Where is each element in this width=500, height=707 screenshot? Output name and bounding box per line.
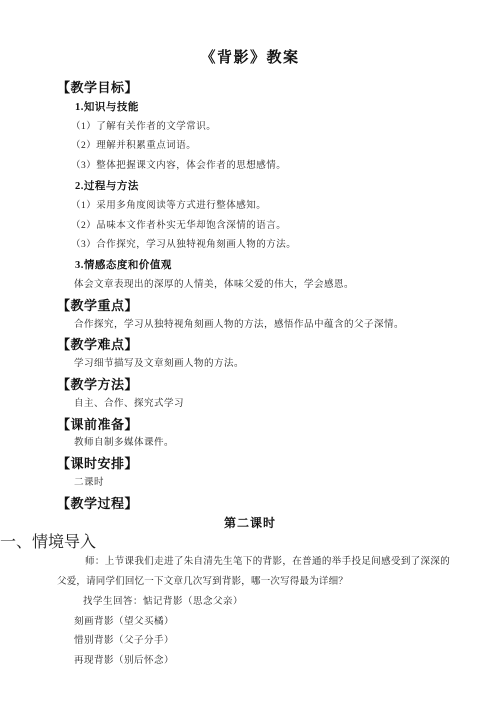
section-heading-methods: 【教学方法】 [0, 375, 500, 395]
lesson-period-title: 第二课时 [0, 514, 500, 534]
list-item: （2）品味本文作者朴实无华却饱含深情的语言。 [0, 217, 500, 237]
document-body: 【教学目标】 1.知识与技能 （1）了解有关作者的文学常识。 （2）理解并积累重… [0, 78, 500, 672]
section-heading-difficulties: 【教学难点】 [0, 335, 500, 355]
lesson-plan-document: 《背影》教案 【教学目标】 1.知识与技能 （1）了解有关作者的文学常识。 （2… [0, 0, 500, 672]
teacher-paragraph: 师：上节课我们走进了朱自清先生笔下的背影，在普通的举手投足间感受到了深深的父爱，… [0, 553, 500, 593]
body-text-preparation: 教师自制多媒体课件。 [0, 434, 500, 454]
list-item: （3）整体把握课文内容，体会作者的思想感情。 [0, 157, 500, 177]
page-title: 《背影》教案 [0, 46, 500, 70]
body-text-schedule: 二课时 [0, 474, 500, 494]
body-text-key-points: 合作探究，学习从独特视角刻画人物的方法，感悟作品中蕴含的父子深情。 [0, 316, 500, 336]
list-item: 刻画背影（望父买橘） [0, 613, 500, 633]
subsection-heading-knowledge: 1.知识与技能 [0, 98, 500, 118]
section-heading-schedule: 【课时安排】 [0, 454, 500, 474]
section-heading-preparation: 【课前准备】 [0, 415, 500, 435]
list-item: （2）理解并积累重点词语。 [0, 137, 500, 157]
list-item: （1）采用多角度阅读等方式进行整体感知。 [0, 197, 500, 217]
section-heading-objectives: 【教学目标】 [0, 78, 500, 98]
list-item: （1）了解有关作者的文学常识。 [0, 118, 500, 138]
student-answer-line: 找学生回答：惦记背影（思念父亲） [0, 593, 500, 613]
subsection-heading-process: 2.过程与方法 [0, 177, 500, 197]
section-heading-procedure: 【教学过程】 [0, 494, 500, 514]
list-item: 惜别背影（父子分手） [0, 632, 500, 652]
list-item: 再现背影（别后怀念） [0, 652, 500, 672]
body-text-methods: 自主、合作、探究式学习 [0, 395, 500, 415]
body-text-difficulties: 学习细节描写及文章刻画人物的方法。 [0, 355, 500, 375]
body-text-emotion: 体会文章表现出的深厚的人情美，体味父爱的伟大，学会感恩。 [0, 276, 500, 296]
subsection-heading-emotion: 3.情感态度和价值观 [0, 256, 500, 276]
section-heading-key-points: 【教学重点】 [0, 296, 500, 316]
intro-heading: 一、情境导入 [0, 533, 500, 553]
list-item: （3）合作探究，学习从独特视角刻画人物的方法。 [0, 236, 500, 256]
